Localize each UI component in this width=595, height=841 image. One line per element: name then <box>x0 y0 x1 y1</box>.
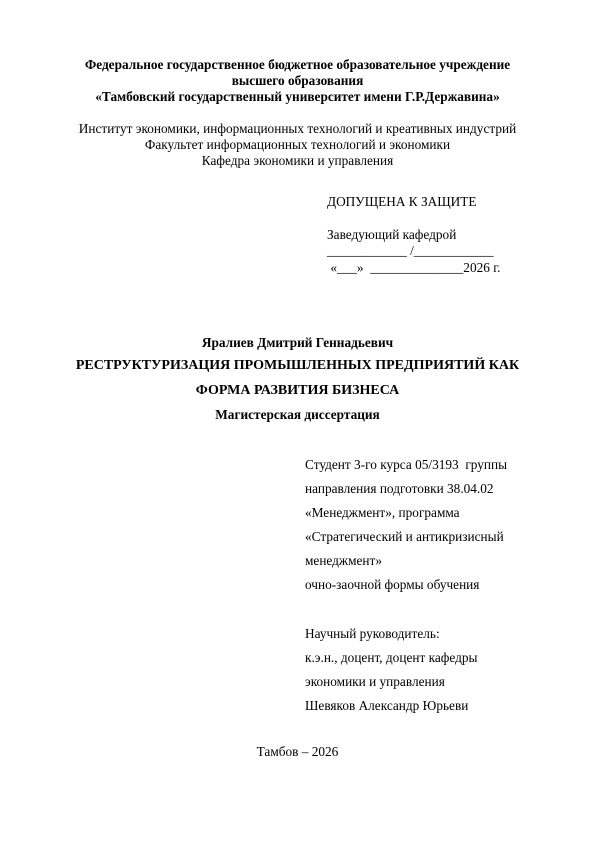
approval-date-line: «___» ______________2026 г. <box>327 261 501 274</box>
student-info-line: «Стратегический и антикризисный <box>305 530 504 543</box>
student-info-line: Студент 3-го курса 05/3193 группы <box>305 458 507 471</box>
header-education-line: высшего образования <box>0 74 595 87</box>
supervisor-info-line: экономики и управления <box>305 675 445 688</box>
supervisor-name: Шевяков Александр Юрьеви <box>305 699 468 712</box>
thesis-title-line1: РЕСТРУКТУРИЗАЦИЯ ПРОМЫШЛЕННЫХ ПРЕДПРИЯТИ… <box>0 359 595 373</box>
department-head-label: Заведующий кафедрой <box>327 228 456 241</box>
thesis-type: Магистерская диссертация <box>0 408 595 421</box>
city-year: Тамбов – 2026 <box>0 745 595 758</box>
student-info-line: «Менеджмент», программа <box>305 506 460 519</box>
institute-name: Институт экономики, информационных техно… <box>0 122 595 135</box>
approval-title: ДОПУЩЕНА К ЗАЩИТЕ <box>327 195 476 208</box>
student-info-line: очно-заочной формы обучения <box>305 578 479 591</box>
student-info-line: менеджмент» <box>305 554 382 567</box>
department-name: Кафедра экономики и управления <box>0 154 595 167</box>
signature-line: ____________ /____________ <box>327 244 494 257</box>
header-university-line: «Тамбовский государственный университет … <box>0 90 595 103</box>
student-info-line: направления подготовки 38.04.02 <box>305 482 494 495</box>
author-name: Яралиев Дмитрий Геннадьевич <box>0 336 595 349</box>
supervisor-info-line: к.э.н., доцент, доцент кафедры <box>305 651 477 664</box>
faculty-name: Факультет информационных технологий и эк… <box>0 138 595 151</box>
header-organization-line: Федеральное государственное бюджетное об… <box>0 58 595 71</box>
supervisor-info-line: Научный руководитель: <box>305 627 440 640</box>
thesis-title-line2: ФОРМА РАЗВИТИЯ БИЗНЕСА <box>0 384 595 398</box>
